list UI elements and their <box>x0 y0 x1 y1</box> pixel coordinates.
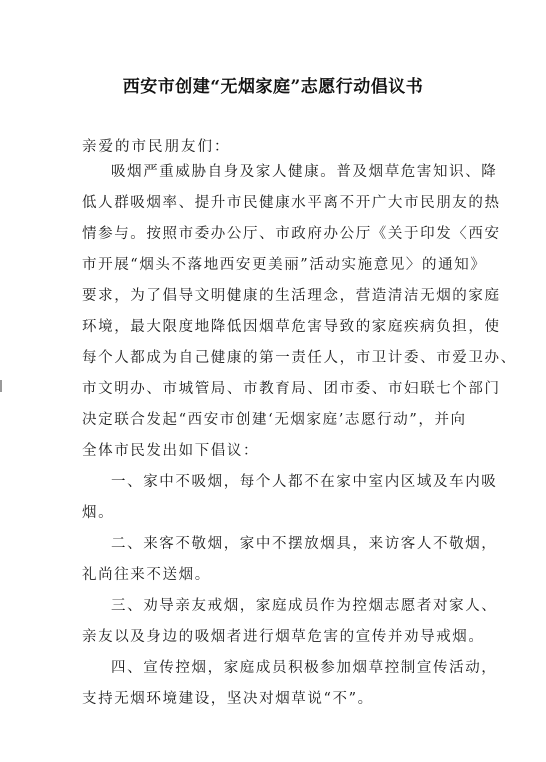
body-line: 市文明办、市城管局、市教育局、团市委、市妇联七个部门 <box>82 374 492 405</box>
body-line: 决定联合发起“西安市创建‘无烟家庭’志愿行动”，并向 <box>82 405 492 436</box>
body-line: 市开展“烟头不落地西安更美丽”活动实施意见〉的通知》 <box>82 250 492 281</box>
proposal-2: 二、来客不敬烟，家中不摆放烟具，来访客人不敬烟， <box>82 529 492 560</box>
proposal-1: 一、家中不吸烟，每个人都不在家中室内区域及车内吸 <box>82 467 492 498</box>
body-line: 亲友以及身边的吸烟者进行烟草危害的宣传并劝导戒烟。 <box>82 622 492 653</box>
body-line: 低人群吸烟率、提升市民健康水平离不开广大市民朋友的热 <box>82 188 492 219</box>
document-body: 吸烟严重威胁自身及家人健康。普及烟草危害知识、降 低人群吸烟率、提升市民健康水平… <box>82 157 492 715</box>
body-line: 要求，为了倡导文明健康的生活理念，营造清洁无烟的家庭 <box>82 281 492 312</box>
body-line: 环境，最大限度地降低因烟草危害导致的家庭疾病负担，使 <box>82 312 492 343</box>
body-line: 吸烟严重威胁自身及家人健康。普及烟草危害知识、降 <box>82 157 492 188</box>
body-line: 全体市民发出如下倡议： <box>82 436 492 467</box>
salutation: 亲爱的市民朋友们： <box>82 135 231 156</box>
proposal-3: 三、劝导亲友戒烟，家庭成员作为控烟志愿者对家人、 <box>82 591 492 622</box>
body-line: 支持无烟环境建设，坚决对烟草说“不”。 <box>82 684 492 715</box>
document-title: 西安市创建“无烟家庭”志愿行动倡议书 <box>0 72 546 97</box>
proposal-4: 四、宣传控烟，家庭成员积极参加烟草控制宣传活动， <box>82 653 492 684</box>
body-line: 每个人都成为自己健康的第一责任人，市卫计委、市爱卫办、 <box>82 343 492 374</box>
body-line: 情参与。按照市委办公厅、市政府办公厅《关于印发〈西安 <box>82 219 492 250</box>
body-line: 烟。 <box>82 498 492 529</box>
scan-margin-mark <box>0 380 2 392</box>
body-line: 礼尚往来不送烟。 <box>82 560 492 591</box>
